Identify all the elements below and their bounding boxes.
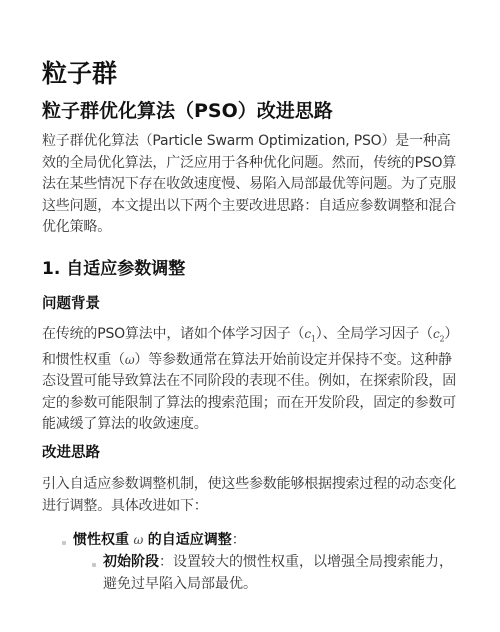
list-item-initial-stage: 初始阶段：设置较大的惯性权重，以增强全局搜索能力，避免过早陷入局部最优。 <box>103 552 463 595</box>
subheading-improvement-approach: 改进思路 <box>42 441 100 462</box>
article-title: 粒子群优化算法（PSO）改进思路 <box>42 96 333 123</box>
omega-symbol: ω <box>133 533 143 547</box>
subheading-problem-background: 问题背景 <box>42 292 100 313</box>
c1-symbol: c1 <box>304 327 315 341</box>
bullet-icon <box>92 563 96 567</box>
bullet-icon <box>62 541 66 545</box>
approach-paragraph: 引入自适应参数调整机制，使这些参数能够根据搜索过程的动态变化进行调整。具体改进如… <box>42 474 462 517</box>
c2-symbol: c2 <box>433 327 444 341</box>
background-paragraph: 在传统的PSO算法中，诸如个体学习因子（c1）、全局学习因子（c2）和惯性权重（… <box>42 324 462 436</box>
omega-symbol: ω <box>125 353 135 367</box>
page-title: 粒子群 <box>42 54 117 90</box>
section-heading-adaptive-params: 1. 自适应参数调整 <box>42 254 185 279</box>
list-item-inertia-weight: 惯性权重 ω 的自适应调整： <box>73 530 246 552</box>
intro-paragraph: 粒子群优化算法（Particle Swarm Optimization, PSO… <box>42 131 462 239</box>
